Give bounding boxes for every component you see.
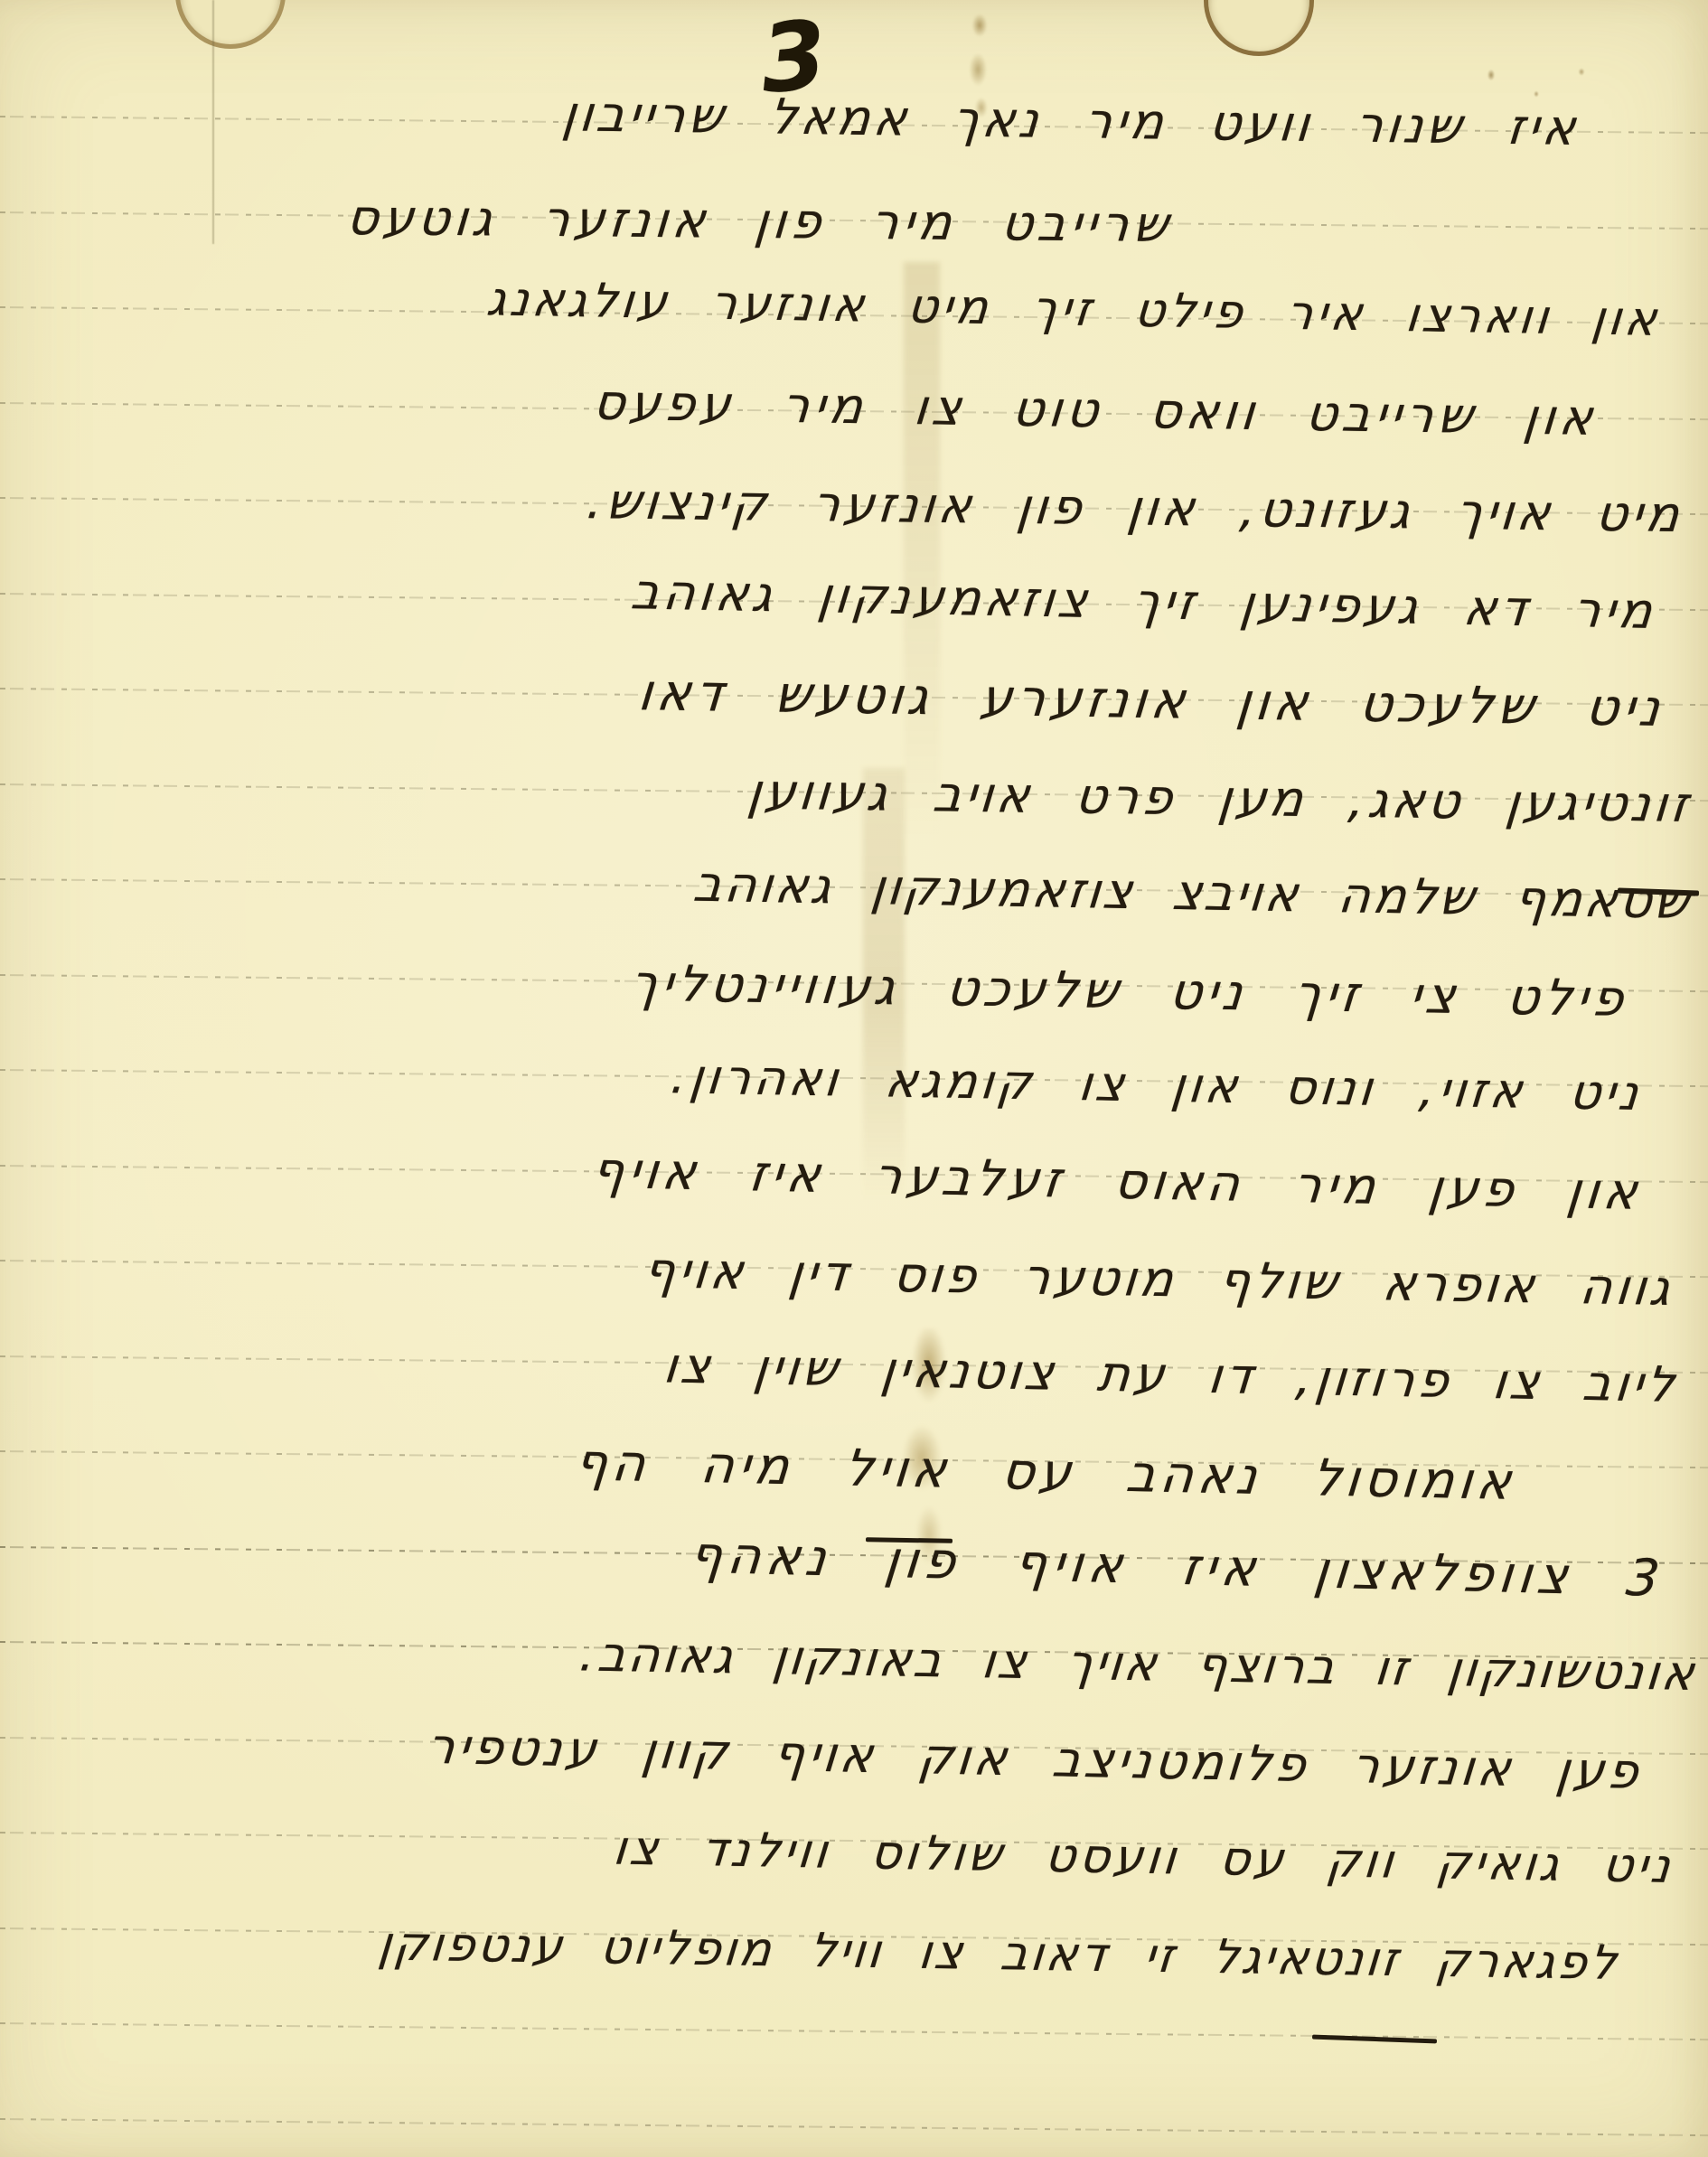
handwritten-line: און פען מיר האוס זעלבער איז אויף (590, 1141, 1645, 1221)
handwritten-line: פילט צי זיך ניט שלעכט געוויינטליך (628, 954, 1631, 1027)
handwritten-line: גווה אופרא שולף מוטער פוס דין אויף (641, 1242, 1676, 1317)
handwritten-line: שטאמף שלמה אויבצ צוזאמענקון גאוהב (690, 856, 1694, 930)
ruled-line (0, 2118, 1708, 2136)
handwritten-line: ניט גואיק ווק עס וועסט שולוס ווילנד צו (611, 1822, 1676, 1894)
letter-page: 3 איז שנור וועט מיר נאך אמאל שרייבוןשריי… (0, 0, 1708, 2157)
handwritten-line: מיט אויך געזונט, און פון אונזער קינצוש. (585, 473, 1685, 543)
punch-hole-left (175, 0, 286, 49)
handwritten-line: לפגארק זונטאיגל זי דאוב צו וויל מופליוט … (376, 1917, 1622, 1990)
handwritten-line: ניט שלעכט און אונזערע גוטעש דאו (636, 663, 1667, 738)
ruled-line (0, 2022, 1708, 2040)
handwritten-line: און ווארצו איר פילט זיך מיט אונזער עולגא… (484, 272, 1663, 347)
handwritten-line: ליוב צו פרוזון, דו עת צוטנאין שוין צו (661, 1336, 1681, 1412)
handwritten-line: 3 צוופלאצון איז אויף פון נאהף (687, 1526, 1667, 1608)
handwritten-line: אונטשונקון זו ברוצף אויך צו באונקון גאוה… (577, 1627, 1699, 1701)
handwritten-line: און שרייבט וואס טוט צו מיר עפעס (590, 374, 1600, 446)
punch-hole-right (1204, 0, 1314, 56)
handwritten-line: שרייבט מיר פון אונזער גוטעס (344, 189, 1175, 253)
handwritten-line: מיר דא געפינען זיך צוזאמענקון גאוהב (628, 563, 1658, 640)
stain (904, 262, 940, 840)
handwritten-line: ניט אזוי, ונוס און צו קומגא ואהרון. (669, 1049, 1645, 1121)
handwritten-line: פען אונזער פלומטניצב אוק אויף קוון ענטפי… (424, 1718, 1645, 1800)
handwritten-line: זונטיגען טאג, מען פרט אויב געווען (746, 763, 1694, 832)
handwritten-line: איז שנור וועט מיר נאך אמאל שרייבון (559, 85, 1581, 156)
handwritten-line: אומוסול נאהב עס אויל מיה הף (572, 1433, 1518, 1512)
